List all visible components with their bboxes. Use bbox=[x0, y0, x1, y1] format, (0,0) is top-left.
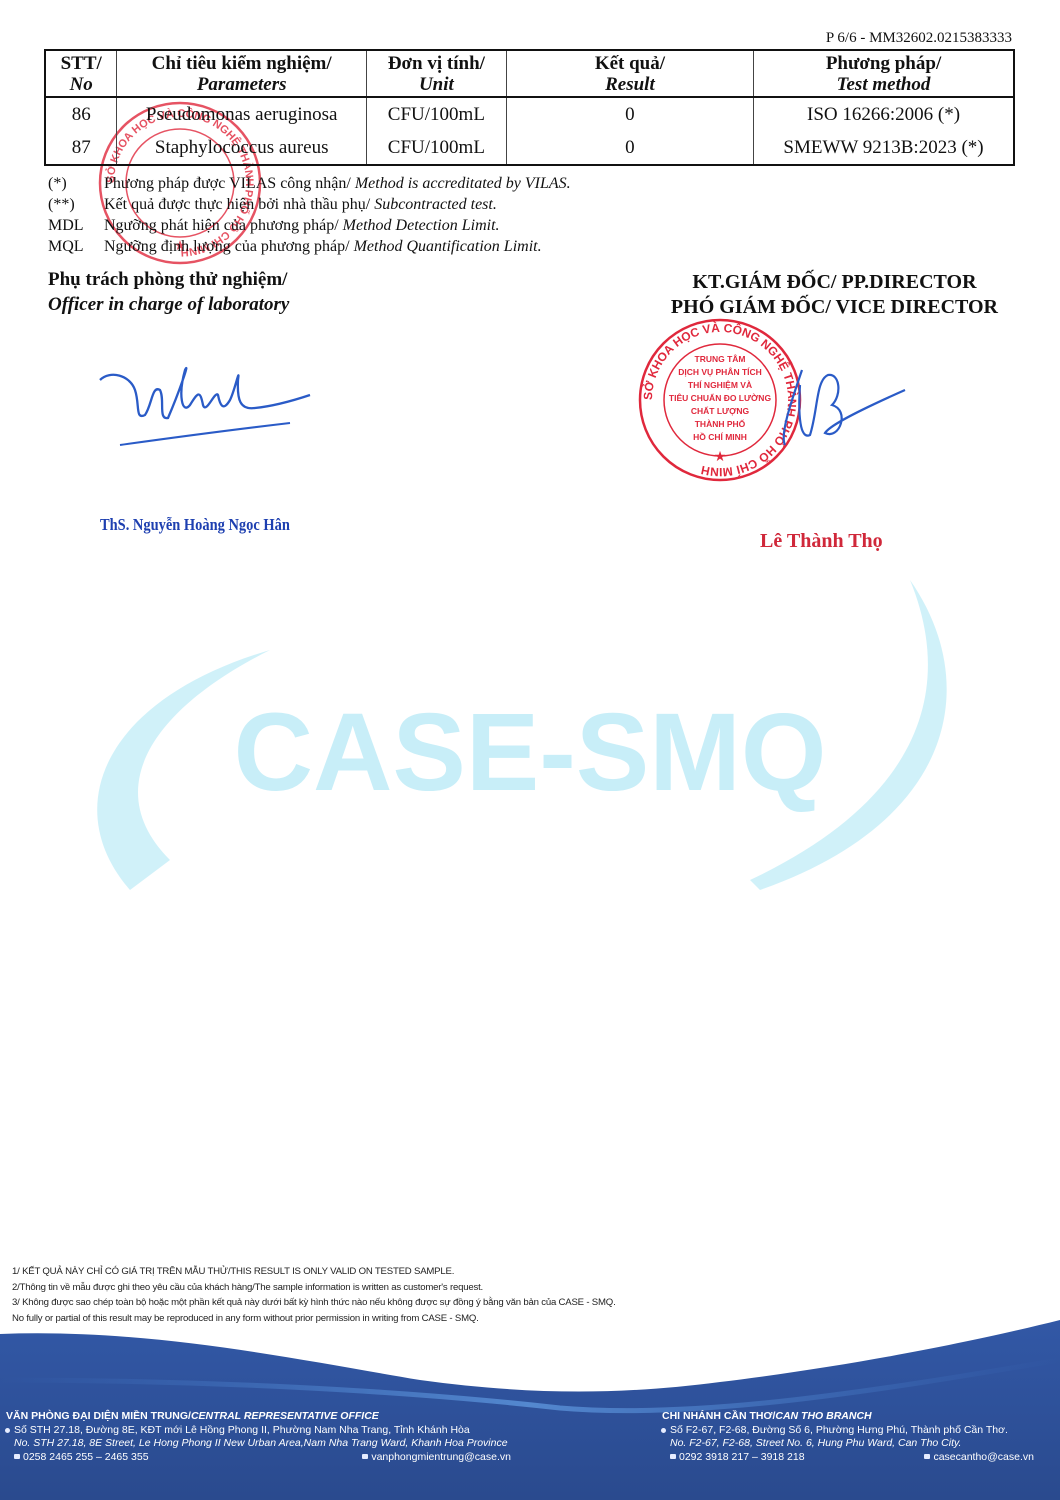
central-office-info: VĂN PHÒNG ĐẠI DIỆN MIỀN TRUNG/CENTRAL RE… bbox=[6, 1410, 511, 1464]
case-smq-watermark: CASE-SMQ bbox=[60, 560, 1000, 920]
header-parameters: Chỉ tiêu kiểm nghiệm/Parameters bbox=[117, 50, 367, 97]
note-item: MDLNgưỡng phát hiện của phương pháp/ Met… bbox=[48, 215, 571, 236]
email-icon bbox=[362, 1454, 368, 1459]
cell-no: 87 bbox=[45, 131, 117, 165]
phone-icon bbox=[14, 1454, 20, 1459]
svg-text:HỒ CHÍ MINH: HỒ CHÍ MINH bbox=[693, 431, 747, 442]
cell-parameter: Pseudomonas aeruginosa bbox=[117, 97, 367, 131]
disclaimer: 1/ KẾT QUẢ NÀY CHỈ CÓ GIÁ TRỊ TRÊN MẪU T… bbox=[12, 1264, 616, 1326]
cantho-branch-info: CHI NHÁNH CẦN THƠ/CAN THO BRANCH Số F2-6… bbox=[662, 1410, 1034, 1464]
location-pin-icon bbox=[5, 1428, 10, 1433]
cell-unit: CFU/100mL bbox=[366, 97, 506, 131]
director-signature bbox=[770, 365, 910, 455]
header-result: Kết quả/Result bbox=[506, 50, 753, 97]
phone-icon bbox=[670, 1454, 676, 1459]
cell-method: ISO 16266:2006 (*) bbox=[754, 97, 1014, 131]
svg-text:DỊCH VỤ PHÂN TÍCH: DỊCH VỤ PHÂN TÍCH bbox=[678, 366, 762, 377]
svg-text:THÀNH PHỐ: THÀNH PHỐ bbox=[695, 418, 746, 429]
header-test-method: Phương pháp/Test method bbox=[754, 50, 1014, 97]
cell-method: SMEWW 9213B:2023 (*) bbox=[754, 131, 1014, 165]
officer-name: ThS. Nguyễn Hoàng Ngọc Hân bbox=[100, 515, 290, 535]
cell-no: 86 bbox=[45, 97, 117, 131]
director-title: KT.GIÁM ĐỐC/ PP.DIRECTOR PHÓ GIÁM ĐỐC/ V… bbox=[671, 270, 998, 320]
central-email[interactable]: vanphongmientrung@case.vn bbox=[362, 1451, 511, 1465]
email-icon bbox=[924, 1454, 930, 1459]
cell-result: 0 bbox=[506, 97, 753, 131]
cell-unit: CFU/100mL bbox=[366, 131, 506, 165]
header-no: STT/No bbox=[45, 50, 117, 97]
legend-notes: (*)Phương pháp được VILAS công nhận/ Met… bbox=[48, 173, 571, 257]
svg-text:★: ★ bbox=[714, 450, 727, 465]
cell-result: 0 bbox=[506, 131, 753, 165]
officer-title: Phụ trách phòng thử nghiệm/ Officer in c… bbox=[48, 267, 289, 317]
central-phone: 0258 2465 255 – 2465 355 bbox=[14, 1451, 149, 1465]
cell-parameter: Staphylococcus aureus bbox=[117, 131, 367, 165]
cantho-email[interactable]: casecantho@case.vn bbox=[924, 1451, 1034, 1465]
svg-text:TIÊU CHUẨN ĐO LƯỜNG: TIÊU CHUẨN ĐO LƯỜNG bbox=[669, 392, 772, 403]
table-row: 87 Staphylococcus aureus CFU/100mL 0 SME… bbox=[45, 131, 1014, 165]
header-unit: Đơn vị tính/Unit bbox=[366, 50, 506, 97]
svg-text:CHẤT LƯỢNG: CHẤT LƯỢNG bbox=[691, 406, 750, 416]
table-row: 86 Pseudomonas aeruginosa CFU/100mL 0 IS… bbox=[45, 97, 1014, 131]
location-pin-icon bbox=[661, 1428, 666, 1433]
svg-text:TRUNG TÂM: TRUNG TÂM bbox=[695, 353, 746, 364]
officer-signature bbox=[90, 350, 320, 460]
results-table: STT/No Chỉ tiêu kiểm nghiệm/Parameters Đ… bbox=[44, 49, 1015, 166]
note-item: (*)Phương pháp được VILAS công nhận/ Met… bbox=[48, 173, 571, 194]
svg-text:CASE-SMQ: CASE-SMQ bbox=[234, 691, 827, 814]
note-item: MQLNgưỡng định lượng của phương pháp/ Me… bbox=[48, 236, 571, 257]
svg-text:THÍ NGHIỆM VÀ: THÍ NGHIỆM VÀ bbox=[688, 379, 752, 390]
director-name: Lê Thành Thọ bbox=[760, 530, 883, 553]
note-item: (**) Kết quả được thực hiện bởi nhà thầu… bbox=[48, 194, 571, 215]
page-reference: P 6/6 - MM32602.0215383333 bbox=[826, 30, 1012, 47]
cantho-phone: 0292 3918 217 – 3918 218 bbox=[670, 1451, 805, 1465]
